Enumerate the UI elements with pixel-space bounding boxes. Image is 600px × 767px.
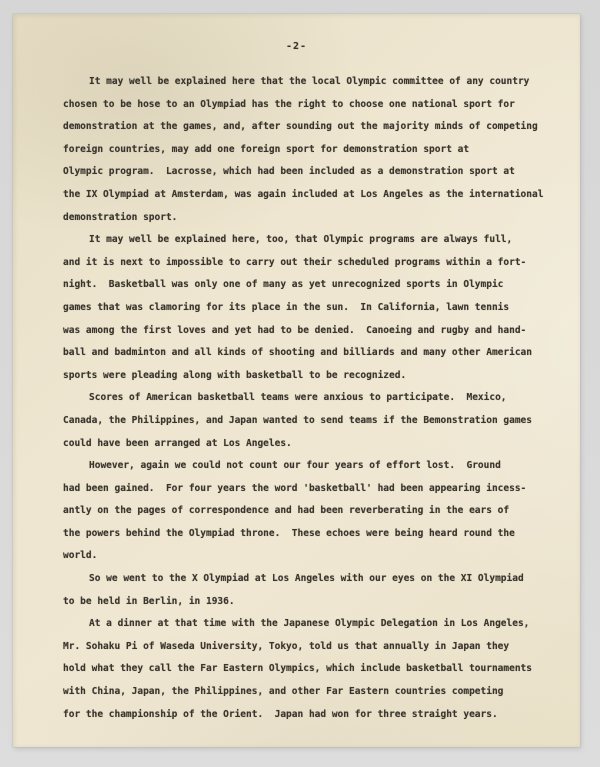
document-body: It may well be explained here that the l… — [63, 71, 558, 726]
text-line: for the championship of the Orient. Japa… — [63, 704, 558, 727]
text-line: with China, Japan, the Philippines, and … — [63, 681, 558, 704]
text-line: had been gained. For four years the word… — [63, 478, 558, 501]
paragraph: It may well be explained here that the l… — [63, 71, 558, 229]
paragraph: It may well be explained here, too, that… — [63, 229, 558, 387]
text-line: ball and badminton and all kinds of shoo… — [63, 342, 558, 365]
scan-background: -2- It may well be explained here that t… — [0, 0, 600, 767]
text-line: could have been arranged at Los Angeles. — [63, 433, 558, 456]
paragraph: However, again we could not count our fo… — [63, 455, 558, 568]
text-line: demonstration at the games, and, after s… — [63, 116, 558, 139]
text-line: games that was clamoring for its place i… — [63, 297, 558, 320]
text-line: to be held in Berlin, in 1936. — [63, 591, 558, 614]
text-line: Scores of American basketball teams were… — [63, 387, 558, 410]
paragraph: Scores of American basketball teams were… — [63, 387, 558, 455]
text-line: Canada, the Philippines, and Japan wante… — [63, 410, 558, 433]
text-line: chosen to be hose to an Olympiad has the… — [63, 94, 558, 117]
text-line: At a dinner at that time with the Japane… — [63, 613, 558, 636]
text-line: However, again we could not count our fo… — [63, 455, 558, 478]
page-number: -2- — [13, 41, 580, 52]
text-line: Olympic program. Lacrosse, which had bee… — [63, 161, 558, 184]
text-line: foreign countries, may add one foreign s… — [63, 139, 558, 162]
paragraph: So we went to the X Olympiad at Los Ange… — [63, 568, 558, 613]
text-line: was among the first loves and yet had to… — [63, 320, 558, 343]
text-line: It may well be explained here, too, that… — [63, 229, 558, 252]
text-line: hold what they call the Far Eastern Olym… — [63, 658, 558, 681]
paragraph: At a dinner at that time with the Japane… — [63, 613, 558, 726]
text-line: world. — [63, 545, 558, 568]
text-line: night. Basketball was only one of many a… — [63, 274, 558, 297]
document-page: -2- It may well be explained here that t… — [13, 14, 580, 747]
text-line: the IX Olympiad at Amsterdam, was again … — [63, 184, 558, 207]
text-line: the powers behind the Olympiad throne. T… — [63, 523, 558, 546]
text-line: demonstration sport. — [63, 207, 558, 230]
text-line: So we went to the X Olympiad at Los Ange… — [63, 568, 558, 591]
text-line: sports were pleading along with basketba… — [63, 365, 558, 388]
text-line: antly on the pages of correspondence and… — [63, 500, 558, 523]
text-line: Mr. Sohaku Pi of Waseda University, Toky… — [63, 636, 558, 659]
text-line: and it is next to impossible to carry ou… — [63, 252, 558, 275]
text-line: It may well be explained here that the l… — [63, 71, 558, 94]
